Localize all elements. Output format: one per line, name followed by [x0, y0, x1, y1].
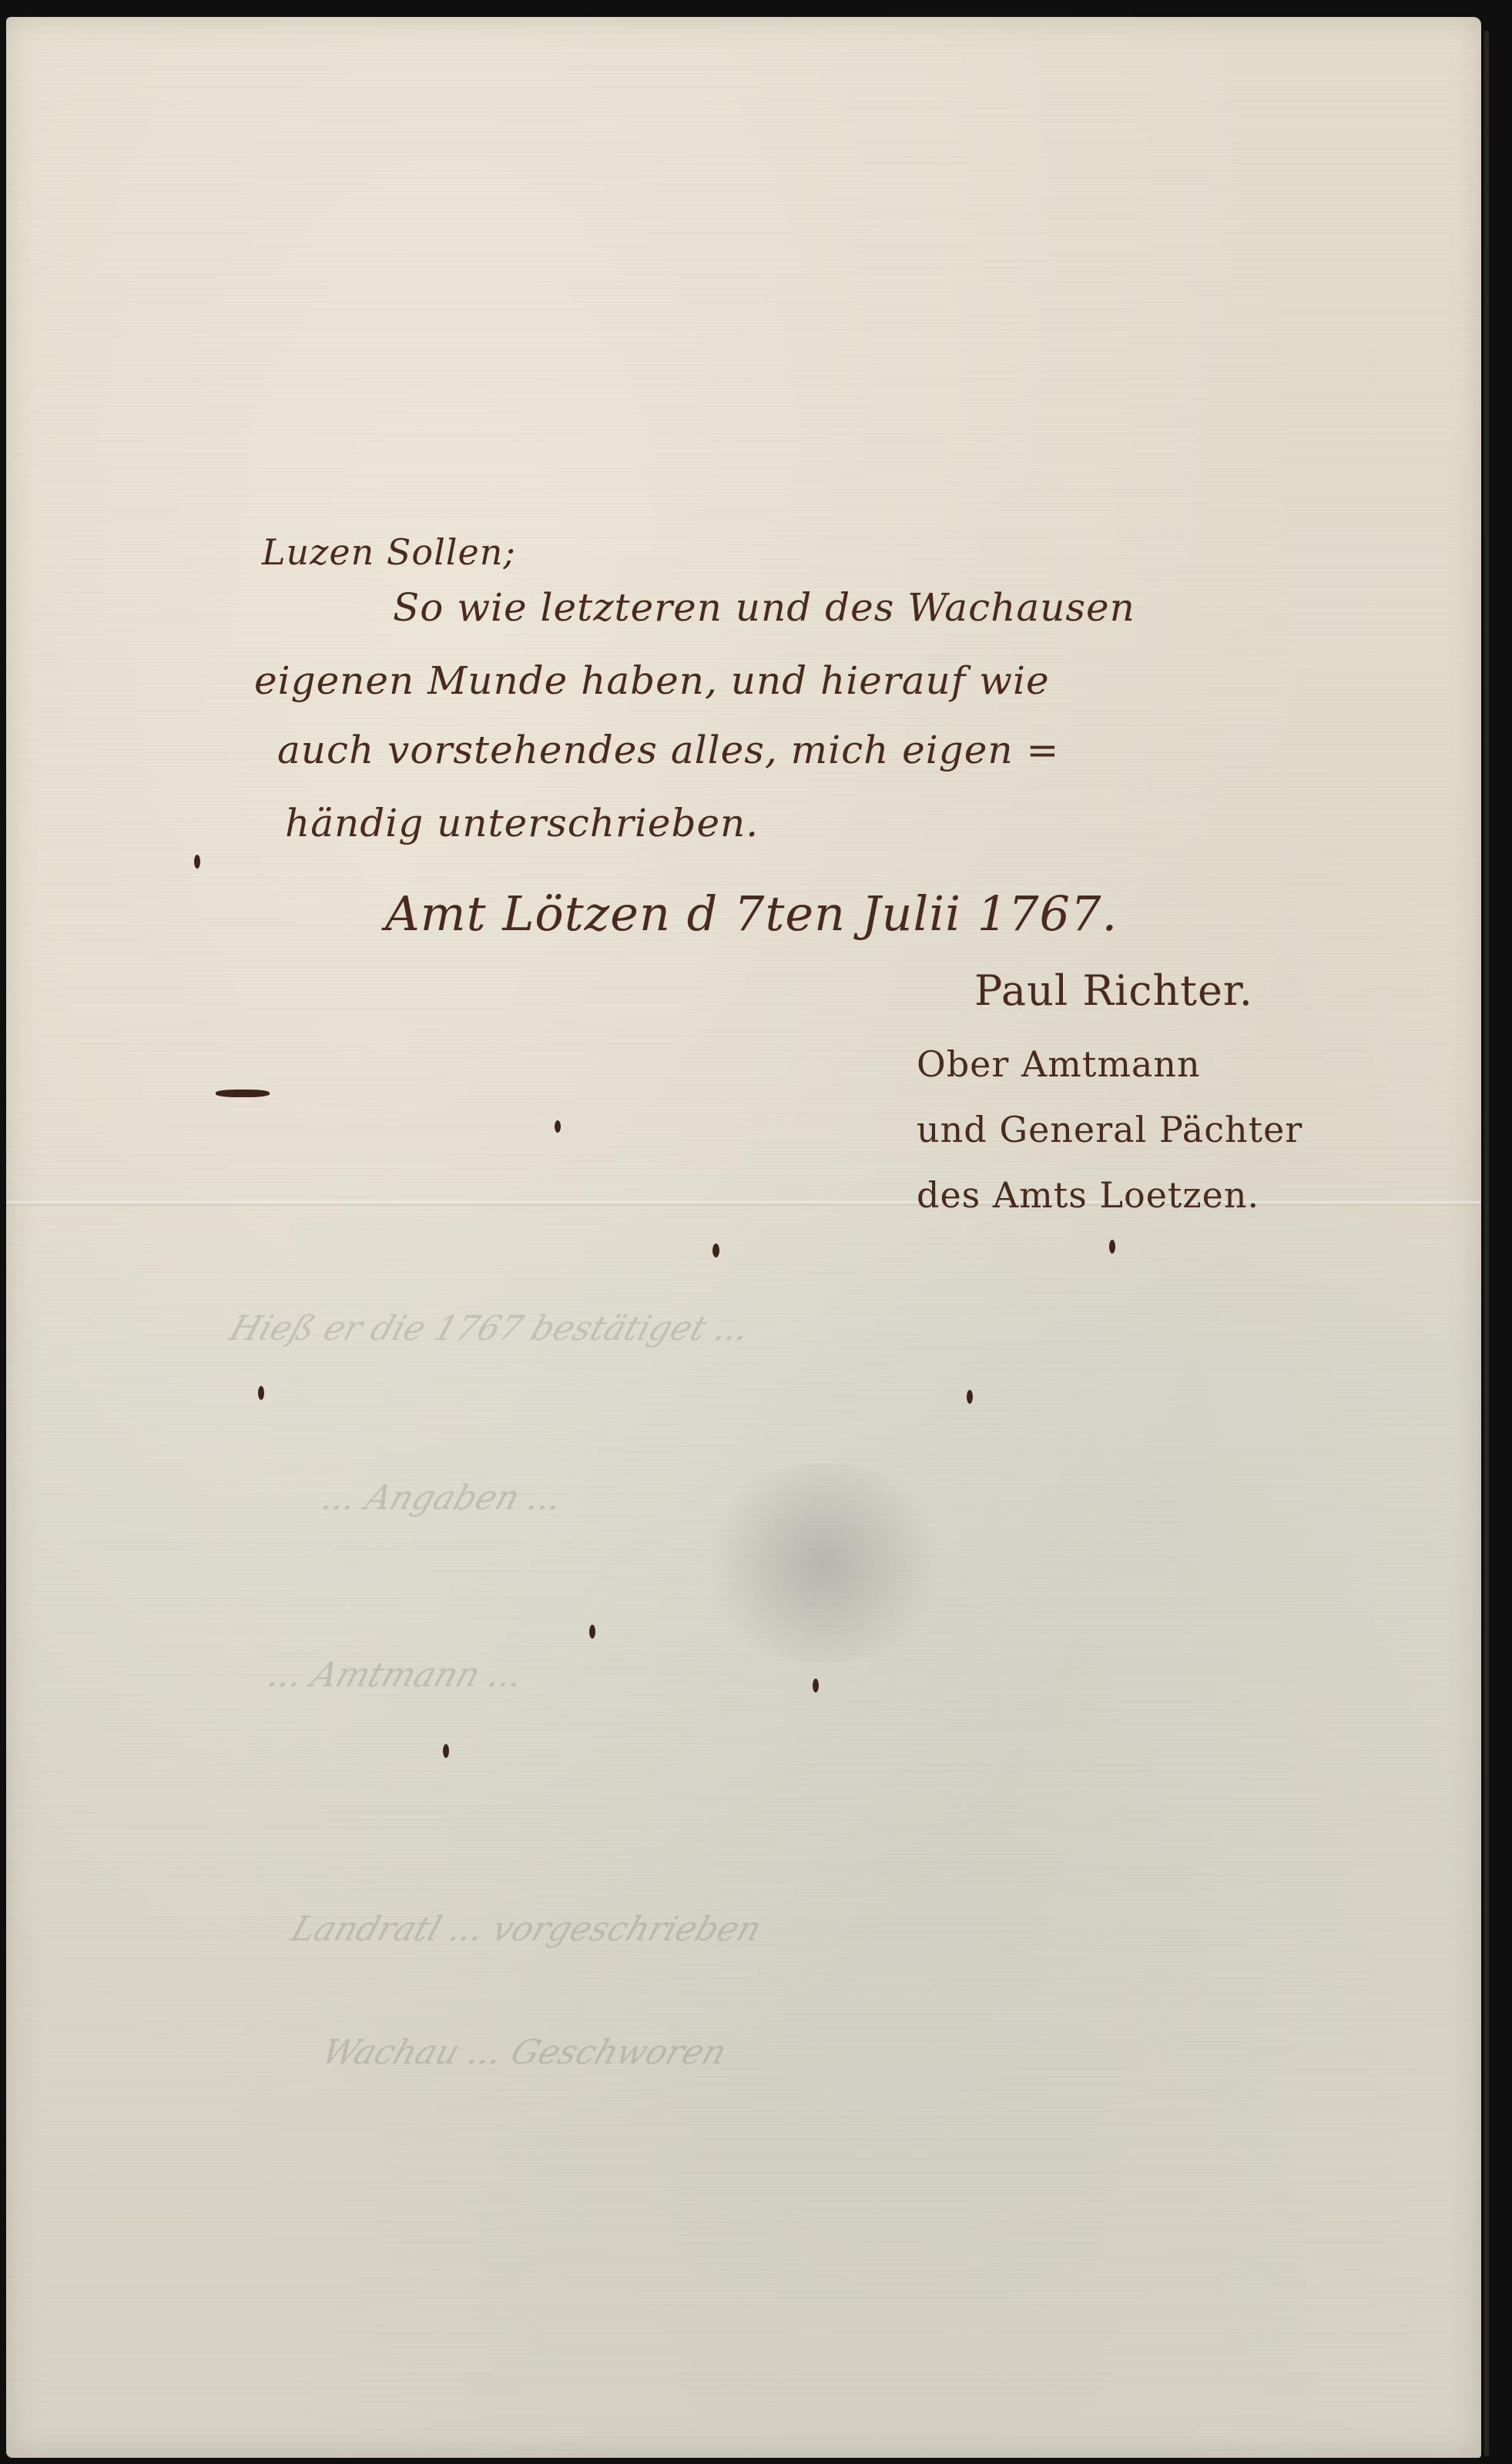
- paper-stain: [693, 1463, 955, 1663]
- ink-blot: [555, 1120, 561, 1133]
- ink-blot: [258, 1386, 264, 1400]
- paper-fold-line: [6, 1201, 1481, 1206]
- paper-right-edge: [1484, 31, 1489, 2456]
- signature-title-line: und General Pächter: [917, 1109, 1302, 1150]
- body-line: auch vorstehendes alles, mich eigen =: [277, 728, 1059, 772]
- ink-blot: [589, 1625, 595, 1639]
- manuscript-page: [6, 17, 1481, 2458]
- place-and-date: Amt Lötzen d 7ten Julii 1767.: [385, 885, 1118, 942]
- bleed-through-text: Hieß er die 1767 bestätiget ...: [225, 1309, 755, 1348]
- body-line: So wie letzteren und des Wachausen: [393, 585, 1135, 630]
- ink-blot: [967, 1390, 973, 1404]
- bleed-through-text: ... Amtmann ...: [263, 1655, 528, 1695]
- body-line: händig unterschrieben.: [285, 801, 759, 845]
- ink-blot: [443, 1744, 449, 1758]
- signature-title-line: Ober Amtmann: [917, 1043, 1201, 1085]
- ink-blot: [1109, 1240, 1115, 1254]
- ink-blot: [194, 855, 200, 869]
- ink-blot: [712, 1244, 719, 1257]
- salutation: Luzen Sollen;: [262, 531, 516, 573]
- bleed-through-text: ... Angaben ...: [317, 1478, 568, 1518]
- bleed-through-text: Landratl ... vorgeschrieben: [287, 1910, 766, 1949]
- signature-title-line: des Amts Loetzen.: [917, 1174, 1259, 1216]
- ink-blot: [813, 1679, 819, 1692]
- signature-name: Paul Richter.: [974, 966, 1253, 1015]
- ink-blot: [216, 1090, 270, 1097]
- body-line: eigenen Munde haben, und hierauf wie: [254, 658, 1050, 703]
- bleed-through-text: Wachau ... Geschworen: [317, 2033, 732, 2072]
